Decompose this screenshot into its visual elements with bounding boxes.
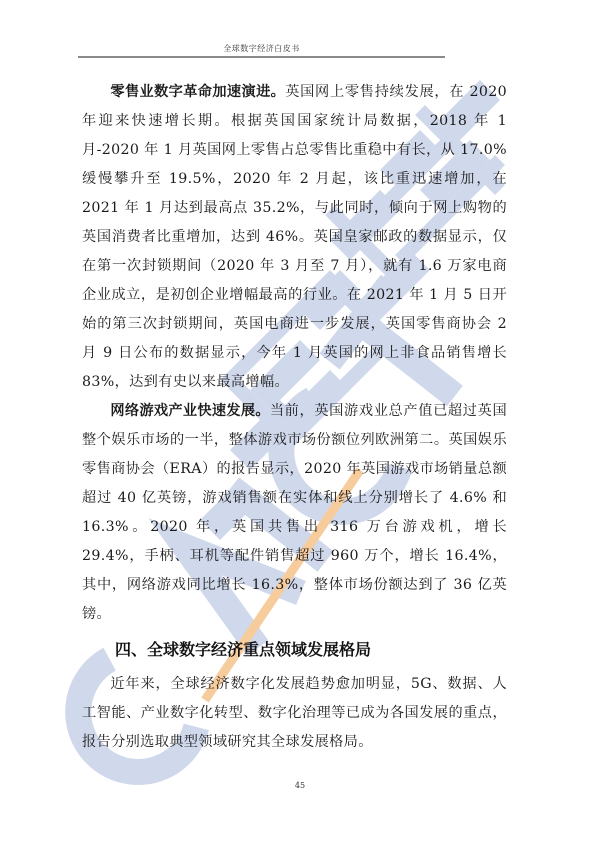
paragraph-retail: 零售业数字革命加速演进。英国网上零售持续发展，在 2020 年迎来快速增长期。根… (82, 78, 507, 397)
paragraph-gaming: 网络游戏产业快速发展。当前，英国游戏业总产值已超过英国整个娱乐市场的一半，整体游… (82, 397, 507, 629)
page-number: 45 (0, 781, 600, 790)
paragraph-lead-retail: 零售业数字革命加速演进。 (110, 84, 285, 100)
section-heading: 四、全球数字经济重点领域发展格局 (82, 634, 507, 666)
document-body: 零售业数字革命加速演进。英国网上零售持续发展，在 2020 年迎来快速增长期。根… (82, 78, 507, 757)
paragraph-body-retail: 英国网上零售持续发展，在 2020 年迎来快速增长期。根据英国国家统计局数据，2… (82, 84, 507, 390)
paragraph-lead-gaming: 网络游戏产业快速发展。 (110, 403, 269, 419)
paragraph-section-intro: 近年来，全球经济数字化发展趋势愈加明显，5G、数据、人工智能、产业数字化转型、数… (82, 670, 507, 757)
running-header: 全球数字经济白皮书 (78, 43, 445, 54)
header-divider (78, 56, 445, 58)
paragraph-body-gaming: 当前，英国游戏业总产值已超过英国整个娱乐市场的一半，整体游戏市场份额位列欧洲第二… (82, 403, 507, 622)
